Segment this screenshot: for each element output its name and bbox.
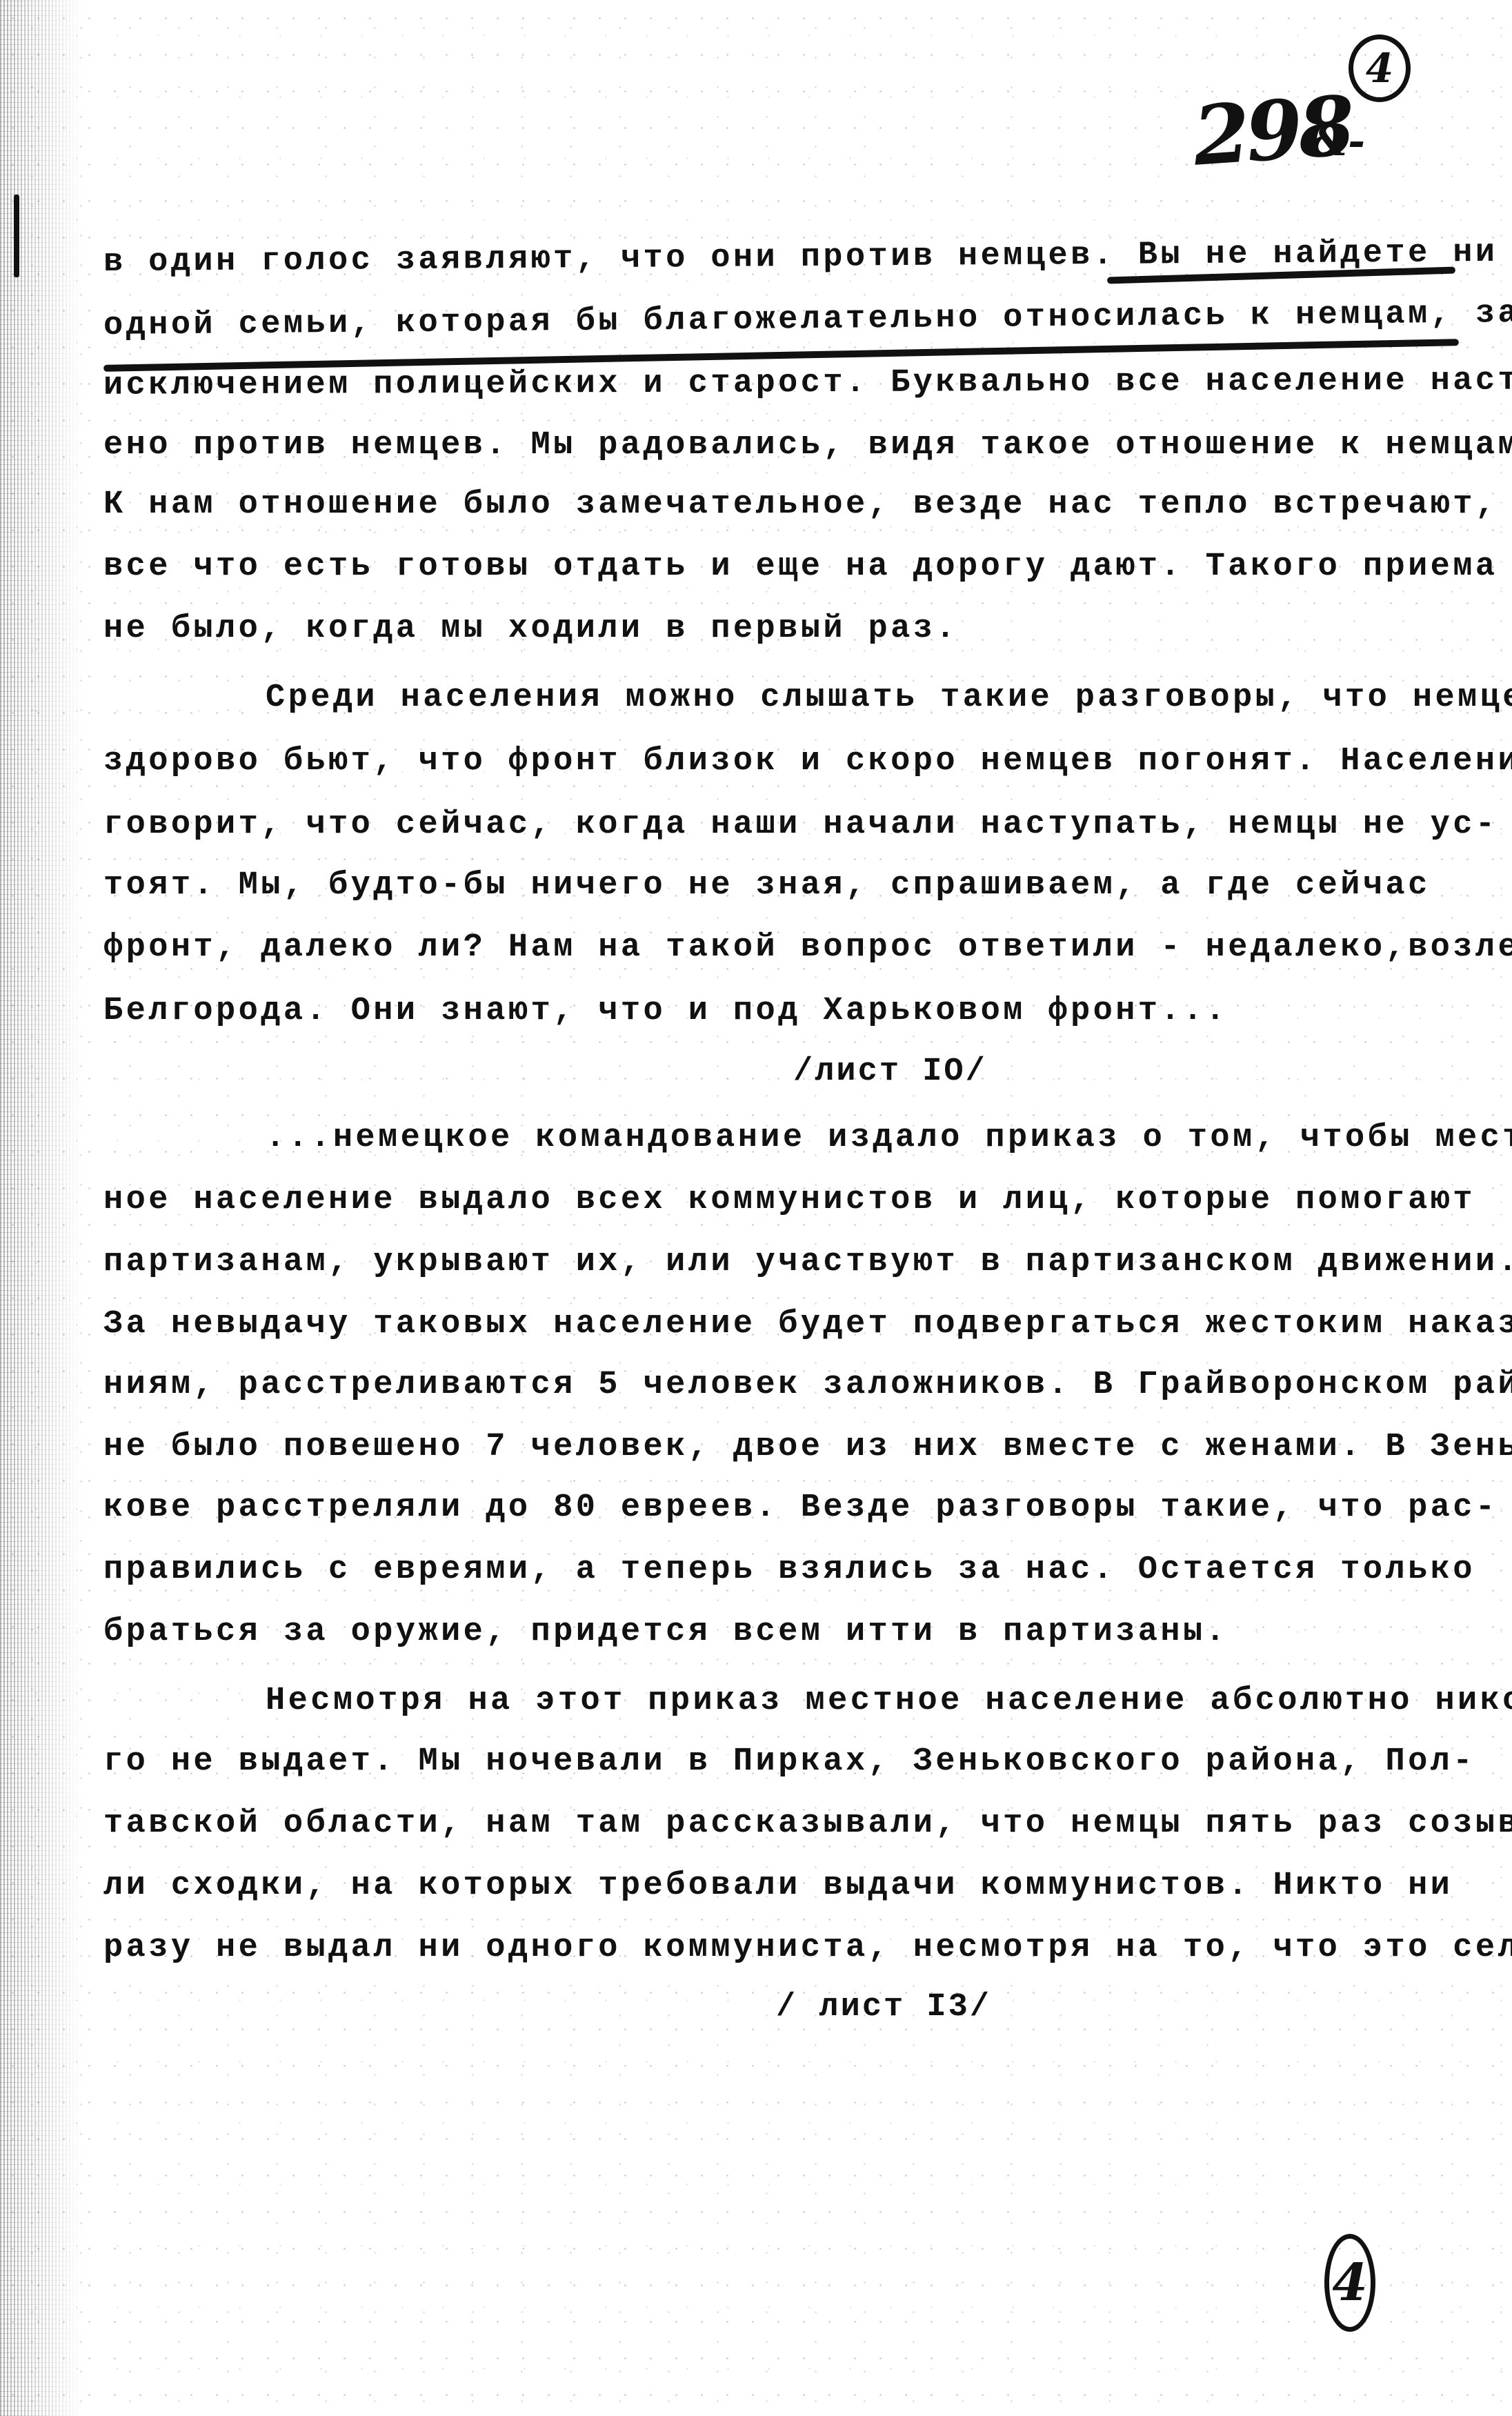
text-line: ное население выдало всех коммунистов и …	[103, 1184, 1475, 1216]
text-line: все что есть готовы отдать и еще на доро…	[103, 551, 1498, 583]
circled-sheet-number-bottom: 4	[1324, 2234, 1375, 2332]
text-line: ...немецкое командование издало приказ о…	[103, 1122, 1512, 1154]
circled-sheet-number-top: 4	[1349, 34, 1411, 102]
text-line: За невыдачу таковых население будет подв…	[103, 1308, 1512, 1340]
text-line: Белгорода. Они знают, что и под Харьково…	[103, 995, 1228, 1027]
text-line: ли сходки, на которых требовали выдачи к…	[103, 1870, 1453, 1902]
text-line: Несмотря на этот приказ местное населени…	[103, 1685, 1512, 1717]
text-line: браться за оружие, придется всем итти в …	[103, 1616, 1228, 1648]
text-line: не было, когда мы ходили в первый раз.	[103, 613, 958, 645]
document-page: 298 &- 4 в один голос заявляют, что они …	[0, 0, 1512, 2416]
circled-number-text: 4	[1332, 2253, 1368, 2313]
scan-edge-mark	[14, 195, 19, 277]
text-line: правились с евреями, а теперь взялись за…	[103, 1554, 1475, 1586]
text-line: разу не выдал ни одного коммуниста, несм…	[103, 1932, 1512, 1964]
circled-number-text: 4	[1366, 45, 1393, 92]
text-line: тавской области, нам там рассказывали, ч…	[103, 1808, 1512, 1840]
scan-edge-noise	[0, 0, 83, 2416]
text-line: исключением полицейских и старост. Буква…	[103, 364, 1512, 402]
text-line: партизанам, укрывают их, или участвуют в…	[103, 1246, 1512, 1278]
text-line: кове расстреляли до 80 евреев. Везде раз…	[103, 1492, 1498, 1524]
text-line: говорит, что сейчас, когда наши начали н…	[103, 809, 1498, 841]
text-line: К нам отношение было замечательное, везд…	[103, 488, 1498, 521]
text-line: фронт, далеко ли? Нам на такой вопрос от…	[103, 931, 1512, 964]
text-line: в один голос заявляют, что они против не…	[103, 237, 1498, 279]
archive-page-suffix: &-	[1311, 117, 1365, 166]
text-line: здорово бьют, что фронт близок и скоро н…	[103, 745, 1512, 778]
text-line: Среди населения можно слышать такие разг…	[103, 682, 1512, 714]
text-line: одной семьи, которая бы благожелательно …	[103, 297, 1512, 342]
text-line: ено против немцев. Мы радовались, видя т…	[103, 429, 1512, 462]
text-line: не было повешено 7 человек, двое из них …	[103, 1431, 1512, 1463]
text-line: ниям, расстреливаются 5 человек заложник…	[103, 1369, 1512, 1401]
text-line: тоят. Мы, будто-бы ничего не зная, спраш…	[103, 869, 1431, 902]
sheet-reference: / лист I3/	[776, 1991, 991, 2023]
text-line: го не выдает. Мы ночевали в Пирках, Зень…	[103, 1745, 1475, 1778]
sheet-reference: /лист IO/	[793, 1056, 987, 1088]
